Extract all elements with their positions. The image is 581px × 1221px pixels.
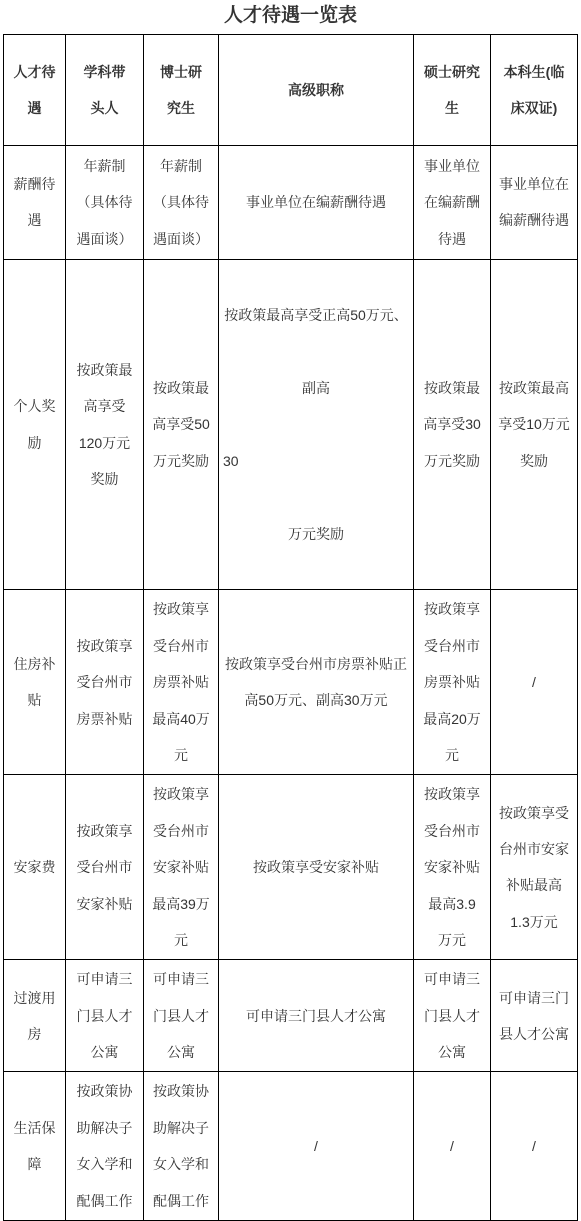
- table-cell: 可申请三 门县人才 公寓: [66, 960, 144, 1072]
- table-cell: 年薪制 （具体待 遇面谈）: [144, 145, 219, 259]
- header-cell-doctoral: 博士研 究生: [144, 34, 219, 145]
- table-cell: 按政策享 受台州市 安家补贴 最高39万 元: [144, 775, 219, 960]
- header-cell-senior-title: 高级职称: [219, 34, 414, 145]
- table-row-award: 个人奖 励 按政策最 高享受 120万元 奖励 按政策最 高享受50 万元奖励 …: [4, 259, 578, 590]
- table-cell: 按政策最 高享受30 万元奖励: [414, 259, 491, 590]
- table-cell: 按政策享受安家补贴: [219, 775, 414, 960]
- table-cell: 可申请三 门县人才 公寓: [414, 960, 491, 1072]
- cell-line: 万元奖励: [223, 516, 409, 552]
- header-row: 人才待 遇 学科带 头人 博士研 究生 高级职称 硕士研究 生 本科生(临 床双…: [4, 34, 578, 145]
- table-cell: 按政策享 受台州市 房票补贴: [66, 590, 144, 775]
- table-cell: 可申请三门县人才公寓: [219, 960, 414, 1072]
- table-row-settlement: 安家费 按政策享 受台州市 安家补贴 按政策享 受台州市 安家补贴 最高39万 …: [4, 775, 578, 960]
- table-cell: 按政策享 受台州市 安家补贴 最高3.9 万元: [414, 775, 491, 960]
- table-cell: 按政策最 高享受 120万元 奖励: [66, 259, 144, 590]
- header-cell-discipline-leader: 学科带 头人: [66, 34, 144, 145]
- table-cell: 按政策最高 享受10万元 奖励: [491, 259, 578, 590]
- row-label: 生活保 障: [4, 1072, 66, 1221]
- table-cell: /: [414, 1072, 491, 1221]
- table-cell: 按政策享 受台州市 安家补贴: [66, 775, 144, 960]
- row-label: 安家费: [4, 775, 66, 960]
- table-cell: /: [219, 1072, 414, 1221]
- table-cell: 按政策享 受台州市 房票补贴 最高20万 元: [414, 590, 491, 775]
- table-cell: 事业单位 在编薪酬 待遇: [414, 145, 491, 259]
- table-row-living-support: 生活保 障 按政策协 助解决子 女入学和 配偶工作 按政策协 助解决子 女入学和…: [4, 1072, 578, 1221]
- table-cell: 事业单位在编薪酬待遇: [219, 145, 414, 259]
- cell-line: 按政策最高享受正高50万元、: [223, 297, 409, 333]
- table-cell: /: [491, 1072, 578, 1221]
- table-cell: 可申请三 门县人才 公寓: [144, 960, 219, 1072]
- header-cell-talent-type: 人才待 遇: [4, 34, 66, 145]
- table-cell: 按政策协 助解决子 女入学和 配偶工作: [144, 1072, 219, 1221]
- table-row-transitional-housing: 过渡用 房 可申请三 门县人才 公寓 可申请三 门县人才 公寓 可申请三门县人才…: [4, 960, 578, 1072]
- page-title: 人才待遇一览表: [0, 6, 581, 27]
- table-cell: 年薪制 （具体待 遇面谈）: [66, 145, 144, 259]
- row-label: 个人奖 励: [4, 259, 66, 590]
- table-cell: 按政策享受 台州市安家 补贴最高 1.3万元: [491, 775, 578, 960]
- table-cell: 按政策最 高享受50 万元奖励: [144, 259, 219, 590]
- table-cell: 可申请三门 县人才公寓: [491, 960, 578, 1072]
- row-label: 薪酬待 遇: [4, 145, 66, 259]
- page: { "page": { "title": "人才待遇一览表" }, "color…: [0, 6, 581, 1221]
- table-cell-senior-award: 按政策最高享受正高50万元、 副高 30 万元奖励: [219, 259, 414, 590]
- cell-line: 副高: [223, 370, 409, 406]
- table-cell: /: [491, 590, 578, 775]
- table-cell: 事业单位在 编薪酬待遇: [491, 145, 578, 259]
- row-label: 过渡用 房: [4, 960, 66, 1072]
- table-cell: 按政策协 助解决子 女入学和 配偶工作: [66, 1072, 144, 1221]
- cell-line-left: 30: [223, 443, 409, 479]
- table-cell: 按政策享 受台州市 房票补贴 最高40万 元: [144, 590, 219, 775]
- header-cell-bachelor: 本科生(临 床双证): [491, 34, 578, 145]
- header-cell-master: 硕士研究 生: [414, 34, 491, 145]
- benefits-table: 人才待 遇 学科带 头人 博士研 究生 高级职称 硕士研究 生 本科生(临 床双…: [3, 34, 578, 1221]
- table-row-housing: 住房补 贴 按政策享 受台州市 房票补贴 按政策享 受台州市 房票补贴 最高40…: [4, 590, 578, 775]
- row-label: 住房补 贴: [4, 590, 66, 775]
- table-cell: 按政策享受台州市房票补贴正 高50万元、副高30万元: [219, 590, 414, 775]
- table-row-salary: 薪酬待 遇 年薪制 （具体待 遇面谈） 年薪制 （具体待 遇面谈） 事业单位在编…: [4, 145, 578, 259]
